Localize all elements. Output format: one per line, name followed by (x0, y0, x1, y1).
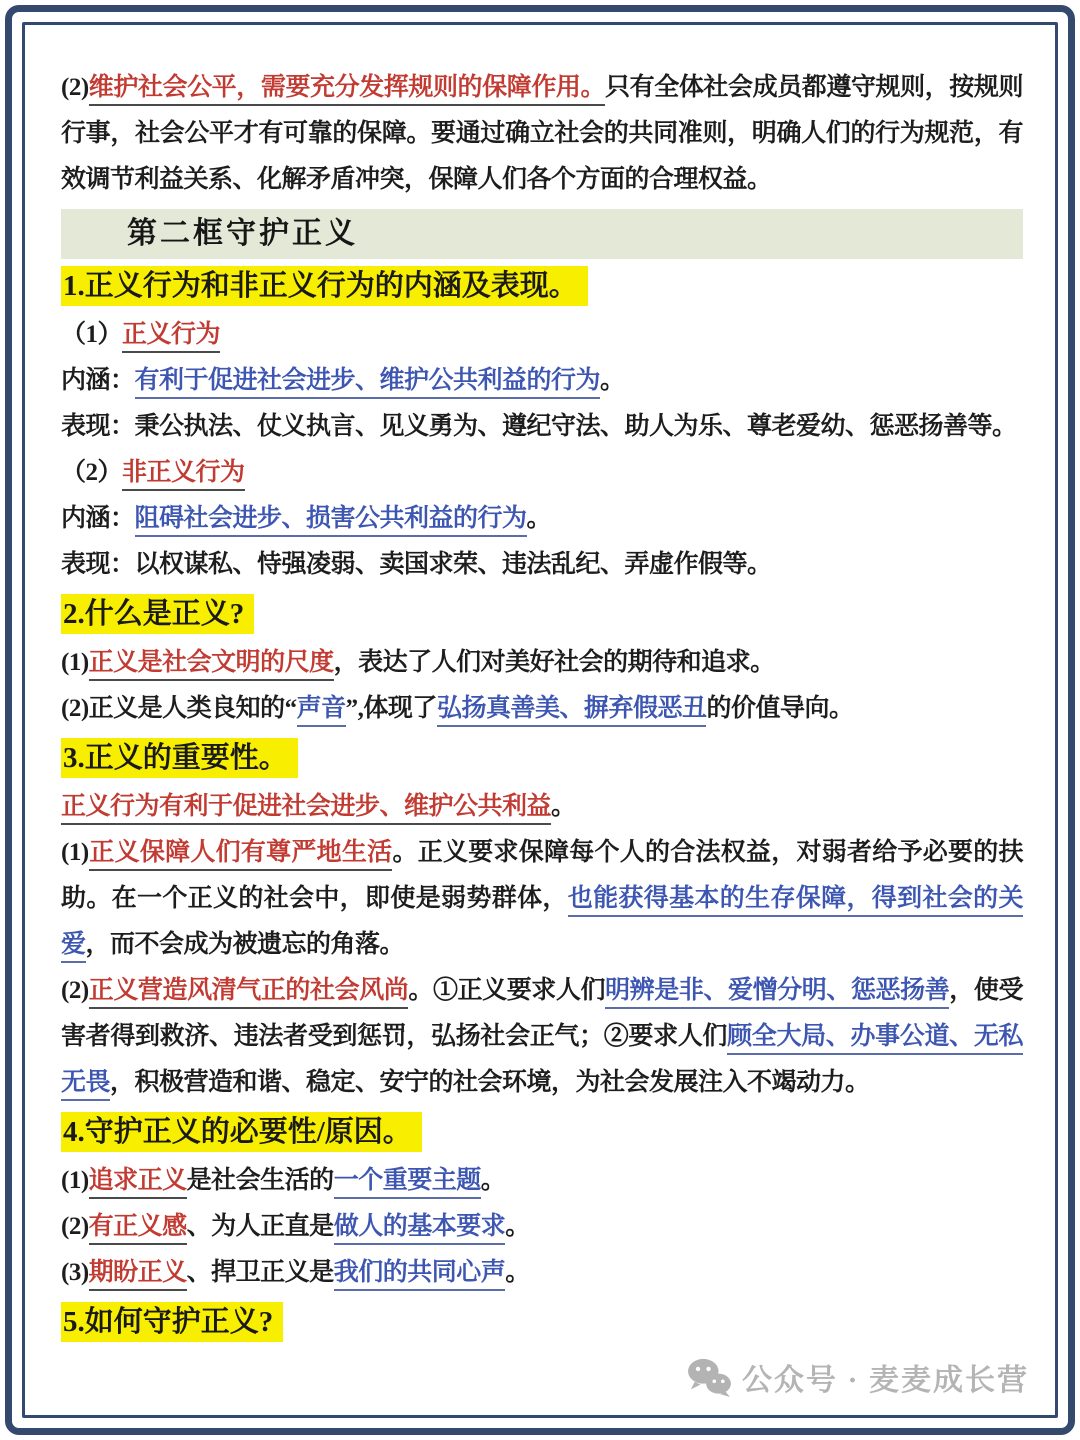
plain-text: ”,体现了 (346, 695, 437, 722)
red-underlined-text: 正义保障人们有尊严地生活 (89, 839, 393, 871)
red-underlined-text: 非正义行为 (122, 459, 245, 491)
blue-underlined-text: 声音 (297, 695, 346, 727)
plain-text: ，表达了人们对美好社会的期待和追求。 (334, 649, 775, 676)
notes-content: (2)维护社会公平，需要充分发挥规则的保障作用。只有全体社会成员都遵守规则，按规… (25, 25, 1055, 1415)
plain-text: （1） (61, 321, 122, 348)
q4-point2: (2)有正义感、为人正直是做人的基本要求。 (61, 1204, 1023, 1250)
plain-text: ，而不会成为被遗忘的角落。 (86, 931, 405, 958)
blue-underlined-text: 弘扬真善美、摒弃假恶丑 (437, 695, 707, 727)
blue-underlined-text: 有利于促进社会进步、维护公共利益的行为 (135, 367, 601, 399)
band-section-title: 第二框守护正义 (61, 209, 1023, 259)
heading-q1: 1.正义行为和非正义行为的内涵及表现。 (61, 262, 1023, 310)
plain-text: 的价值导向。 (706, 695, 853, 722)
q1-item1-expression: 表现：秉公执法、仗义执言、见义勇为、遵纪守法、助人为乐、尊老爱幼、惩恶扬善等。 (61, 404, 1023, 450)
q4-point3: (3)期盼正义、捍卫正义是我们的共同心声。 (61, 1250, 1023, 1296)
plain-text: 。①正义要求人们 (408, 977, 605, 1004)
red-underlined-text: 期盼正义 (89, 1259, 187, 1291)
plain-text: (2)正义是人类良知的“ (61, 695, 297, 722)
plain-text: (3) (61, 1259, 89, 1286)
red-underlined-text: 有正义感 (89, 1213, 187, 1245)
highlighted-title-q3: 3.正义的重要性。 (61, 738, 298, 778)
page-outer-border: (2)维护社会公平，需要充分发挥规则的保障作用。只有全体社会成员都遵守规则，按规… (5, 5, 1075, 1435)
plain-text: 。 (481, 1167, 506, 1194)
q2-point1: (1)正义是社会文明的尺度，表达了人们对美好社会的期待和追求。 (61, 640, 1023, 686)
plain-text: 内涵： (61, 367, 135, 394)
plain-text: 是社会生活的 (187, 1167, 334, 1194)
paragraph-social-fairness: (2)维护社会公平，需要充分发挥规则的保障作用。只有全体社会成员都遵守规则，按规… (61, 65, 1023, 203)
heading-q3: 3.正义的重要性。 (61, 734, 1023, 782)
highlighted-title-q1: 1.正义行为和非正义行为的内涵及表现。 (61, 266, 588, 306)
plain-text: 。 (527, 505, 552, 532)
plain-text: 表现：以权谋私、恃强凌弱、卖国求荣、违法乱纪、弄虚作假等。 (61, 551, 772, 578)
plain-text: 表现：秉公执法、仗义执言、见义勇为、遵纪守法、助人为乐、尊老爱幼、惩恶扬善等。 (61, 413, 1017, 440)
red-underlined-text: 正义营造风清气正的社会风尚 (89, 977, 409, 1009)
plain-text: (2) (61, 1213, 89, 1240)
plain-text: (2) (61, 977, 89, 1004)
q1-item2-title: （2）非正义行为 (61, 450, 1023, 496)
blue-underlined-text: 阻碍社会进步、损害公共利益的行为 (135, 505, 527, 537)
q3-point2: (2)正义营造风清气正的社会风尚。①正义要求人们明辨是非、爱憎分明、惩恶扬善，使… (61, 968, 1023, 1106)
q2-point2: (2)正义是人类良知的“声音”,体现了弘扬真善美、摒弃假恶丑的价值导向。 (61, 686, 1023, 732)
blue-underlined-text: 明辨是非、爱憎分明、惩恶扬善 (605, 977, 949, 1009)
plain-text: (1) (61, 1167, 89, 1194)
q3-point1: (1)正义保障人们有尊严地生活。正义要求保障每个人的合法权益，对弱者给予必要的扶… (61, 830, 1023, 968)
blue-underlined-text: 我们的共同心声 (334, 1259, 506, 1291)
red-underlined-text: 正义行为有利于促进社会进步、维护公共利益 (61, 793, 551, 825)
red-underlined-text: 追求正义 (89, 1167, 187, 1199)
plain-text: （2） (61, 459, 122, 486)
heading-q5: 5.如何守护正义? (61, 1298, 1023, 1346)
plain-text: (2) (61, 74, 89, 101)
q1-item2-expression: 表现：以权谋私、恃强凌弱、卖国求荣、违法乱纪、弄虚作假等。 (61, 542, 1023, 588)
plain-text: 。 (600, 367, 625, 394)
highlighted-title-q2: 2.什么是正义? (61, 594, 254, 634)
plain-text: 、为人正直是 (187, 1213, 334, 1240)
highlighted-title-q4: 4.守护正义的必要性/原因。 (61, 1112, 422, 1152)
wechat-icon (686, 1357, 732, 1397)
red-underlined-text: 维护社会公平，需要充分发挥规则的保障作用。 (89, 74, 605, 106)
page-inner-border: (2)维护社会公平，需要充分发挥规则的保障作用。只有全体社会成员都遵守规则，按规… (22, 22, 1058, 1418)
heading-q2: 2.什么是正义? (61, 590, 1023, 638)
watermark: 公众号 · 麦麦成长营 (686, 1355, 1029, 1399)
plain-text: 。 (551, 793, 576, 820)
red-underlined-text: 正义行为 (122, 321, 220, 353)
highlighted-title-q5: 5.如何守护正义? (61, 1302, 283, 1342)
heading-q4: 4.守护正义的必要性/原因。 (61, 1108, 1023, 1156)
plain-text: (1) (61, 839, 89, 866)
plain-text: 内涵： (61, 505, 135, 532)
q4-point1: (1)追求正义是社会生活的一个重要主题。 (61, 1158, 1023, 1204)
q1-item2-connotation: 内涵：阻碍社会进步、损害公共利益的行为。 (61, 496, 1023, 542)
watermark-label: 公众号 · 麦麦成长营 (742, 1355, 1029, 1399)
plain-text: ，积极营造和谐、稳定、安宁的社会环境，为社会发展注入不竭动力。 (110, 1069, 870, 1096)
blue-underlined-text: 一个重要主题 (334, 1167, 481, 1199)
red-underlined-text: 正义是社会文明的尺度 (89, 649, 334, 681)
plain-text: 。 (505, 1259, 530, 1286)
q1-item1-connotation: 内涵：有利于促进社会进步、维护公共利益的行为。 (61, 358, 1023, 404)
q1-item1-title: （1）正义行为 (61, 312, 1023, 358)
q3-lead: 正义行为有利于促进社会进步、维护公共利益。 (61, 784, 1023, 830)
plain-text: 。 (505, 1213, 530, 1240)
plain-text: (1) (61, 649, 89, 676)
plain-text: 、捍卫正义是 (187, 1259, 334, 1286)
blue-underlined-text: 做人的基本要求 (334, 1213, 506, 1245)
